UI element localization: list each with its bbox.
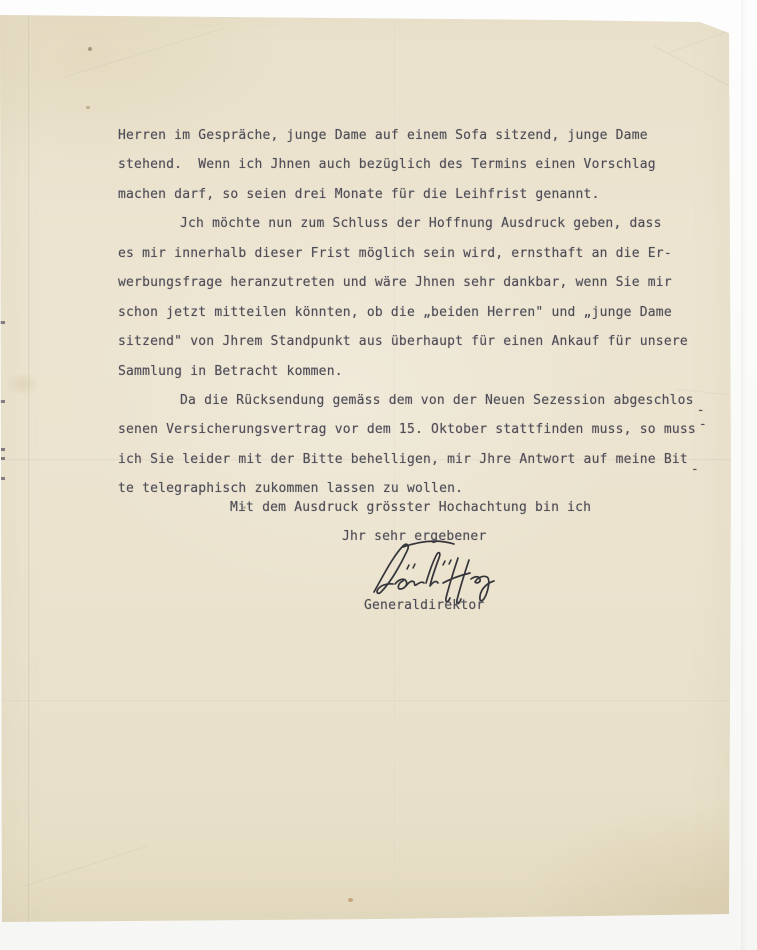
paper-speck	[348, 898, 353, 902]
letter-line-text: Da die Rücksendung gemäss dem von der Ne…	[180, 393, 694, 408]
horizontal-fold-lower	[0, 700, 733, 703]
vertical-fold-left	[28, 0, 31, 926]
closing-line: Mit dem Ausdruck grösster Hochachtung bi…	[230, 500, 591, 515]
letter-paper: Herren im Gespräche, junge Dame auf eine…	[0, 0, 733, 926]
letter-line-text: te telegraphisch zukommen lassen zu woll…	[118, 481, 463, 496]
left-edge-ink-mark	[0, 321, 5, 324]
letter-line: werbungsfrage heranzutreten und wäre Jhn…	[118, 268, 718, 297]
letter-line: Sammlung in Betracht kommen.	[118, 357, 718, 386]
letter-line-text: werbungsfrage heranzutreten und wäre Jhn…	[118, 275, 672, 290]
crease-bottom-left	[23, 846, 147, 888]
letter-body: Herren im Gespräche, junge Dame auf eine…	[118, 121, 718, 504]
letter-line-text: stehend. Wenn ich Jhnen auch bezüglich d…	[118, 157, 656, 172]
letter-line: Da die Rücksendung gemäss dem von der Ne…	[118, 386, 718, 415]
left-edge-ink-mark	[0, 457, 5, 460]
paper-stain	[6, 372, 40, 396]
left-edge-ink-mark	[0, 448, 5, 451]
letter-line-text: ich Sie leider mit der Bitte behelligen,…	[118, 452, 688, 467]
scanner-background-shading	[741, 0, 747, 950]
letter-line: Jch möchte nun zum Schluss der Hoffnung …	[118, 209, 718, 238]
letter-line: sitzend" von Jhrem Standpunkt aus überha…	[118, 327, 718, 356]
letter-line: machen darf, so seien drei Monate für di…	[118, 180, 718, 209]
left-edge-ink-mark	[0, 477, 5, 480]
letter-line-text: sitzend" von Jhrem Standpunkt aus überha…	[118, 334, 688, 349]
scanned-letter-page: Herren im Gespräche, junge Dame auf eine…	[0, 0, 757, 950]
letter-line-text: Herren im Gespräche, junge Dame auf eine…	[118, 128, 648, 143]
letter-line-text: es mir innerhalb dieser Frist möglich se…	[118, 246, 672, 261]
paper-speck	[86, 106, 90, 109]
paper-speck	[88, 47, 92, 51]
letter-line: ich Sie leider mit der Bitte behelligen,…	[118, 445, 718, 474]
letter-line: senen Versicherungsvertrag vor dem 15. O…	[118, 415, 718, 444]
letter-line: schon jetzt mitteilen könnten, ob die „b…	[118, 298, 718, 327]
letter-line-text: schon jetzt mitteilen könnten, ob die „b…	[118, 305, 672, 320]
letter-line: stehend. Wenn ich Jhnen auch bezüglich d…	[118, 150, 718, 179]
letter-line: Herren im Gespräche, junge Dame auf eine…	[118, 121, 718, 150]
crease-top-left	[63, 27, 226, 79]
left-edge-ink-mark	[0, 400, 5, 403]
raised-hyphen-mark: -	[699, 417, 707, 432]
letter-line-text: senen Versicherungsvertrag vor dem 15. O…	[118, 422, 696, 437]
letter-line: es mir innerhalb dieser Frist möglich se…	[118, 239, 718, 268]
crease-top-right-1	[653, 46, 739, 93]
letter-line-text: machen darf, so seien drei Monate für di…	[118, 187, 600, 202]
signature-title: Generaldirektor	[364, 598, 484, 613]
crease-top-right-2	[670, 28, 736, 54]
letter-line-text: Jch möchte nun zum Schluss der Hoffnung …	[180, 216, 662, 231]
letter-line-text: Sammlung in Betracht kommen.	[118, 364, 343, 379]
